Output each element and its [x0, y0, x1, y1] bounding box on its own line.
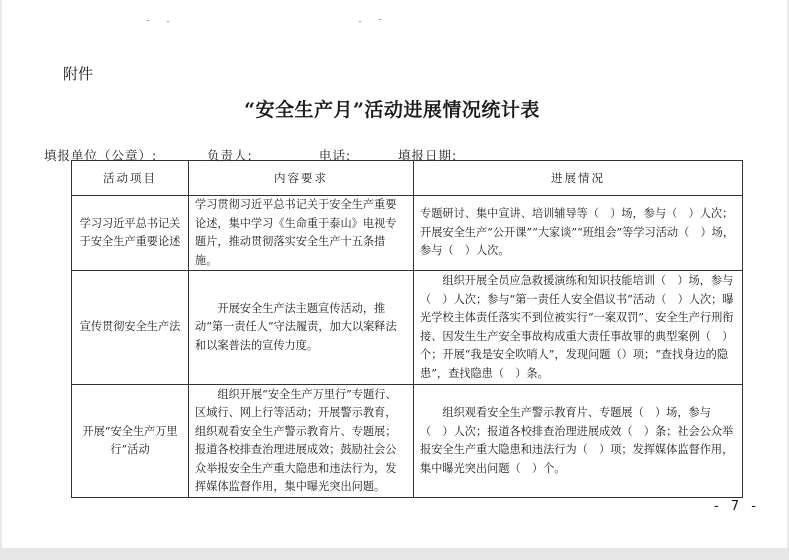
column-header-activity: 活动项目 [72, 161, 189, 196]
cell-activity: 宣传贯彻安全生产法 [72, 271, 189, 385]
table-row: 宣传贯彻安全生产法 开展安全生产法主题宣传活动，推动“第一责任人”守法履责，加大… [72, 271, 743, 385]
cell-activity: 学习习近平总书记关于安全生产重要论述 [72, 196, 189, 271]
page-number: - 7 - [714, 499, 760, 514]
cell-progress: 组织开展全员应急救援演练和知识技能培训（ ）场，参与（ ）人次；参与“第一责任人… [414, 271, 743, 385]
cell-requirement: 学习贯彻习近平总书记关于安全生产重要论述，集中学习《生命重于泰山》电视专题片，推… [189, 196, 414, 271]
cell-requirement: 组织开展“安全生产万里行”专题行、区域行、网上行等活动；开展警示教育，组织观看安… [189, 385, 414, 498]
attachment-label: 附件 [63, 63, 93, 84]
table-row: 学习习近平总书记关于安全生产重要论述 学习贯彻习近平总书记关于安全生产重要论述，… [72, 196, 743, 271]
table-row: 开展“安全生产万里行”活动 组织开展“安全生产万里行”专题行、区域行、网上行等活… [72, 385, 743, 498]
document-title: “安全生产月”活动进展情况统计表 [182, 95, 602, 122]
cell-requirement: 开展安全生产法主题宣传活动，推动“第一责任人”守法履责，加大以案释法和以案普法的… [189, 271, 414, 385]
scan-speck [167, 21, 169, 22]
scan-speck [379, 19, 381, 20]
viewer-bottom-edge [0, 548, 789, 560]
statistics-table: 活动项目 内容要求 进展情况 学习习近平总书记关于安全生产重要论述 学习贯彻习近… [71, 160, 743, 498]
cell-activity: 开展“安全生产万里行”活动 [72, 385, 189, 498]
scan-speck [147, 20, 149, 21]
column-header-progress: 进展情况 [414, 161, 743, 196]
cell-progress: 专题研讨、集中宣讲、培训辅导等（ ）场，参与（ ）人次；开展安全生产“公开课”“… [414, 196, 743, 271]
cell-progress: 组织观看安全生产警示教育片、专题展（ ）场，参与（ ）人次；报道各校排查治理进展… [414, 385, 743, 498]
table-header-row: 活动项目 内容要求 进展情况 [72, 161, 743, 196]
column-header-requirement: 内容要求 [189, 161, 414, 196]
scan-speck [359, 21, 361, 22]
